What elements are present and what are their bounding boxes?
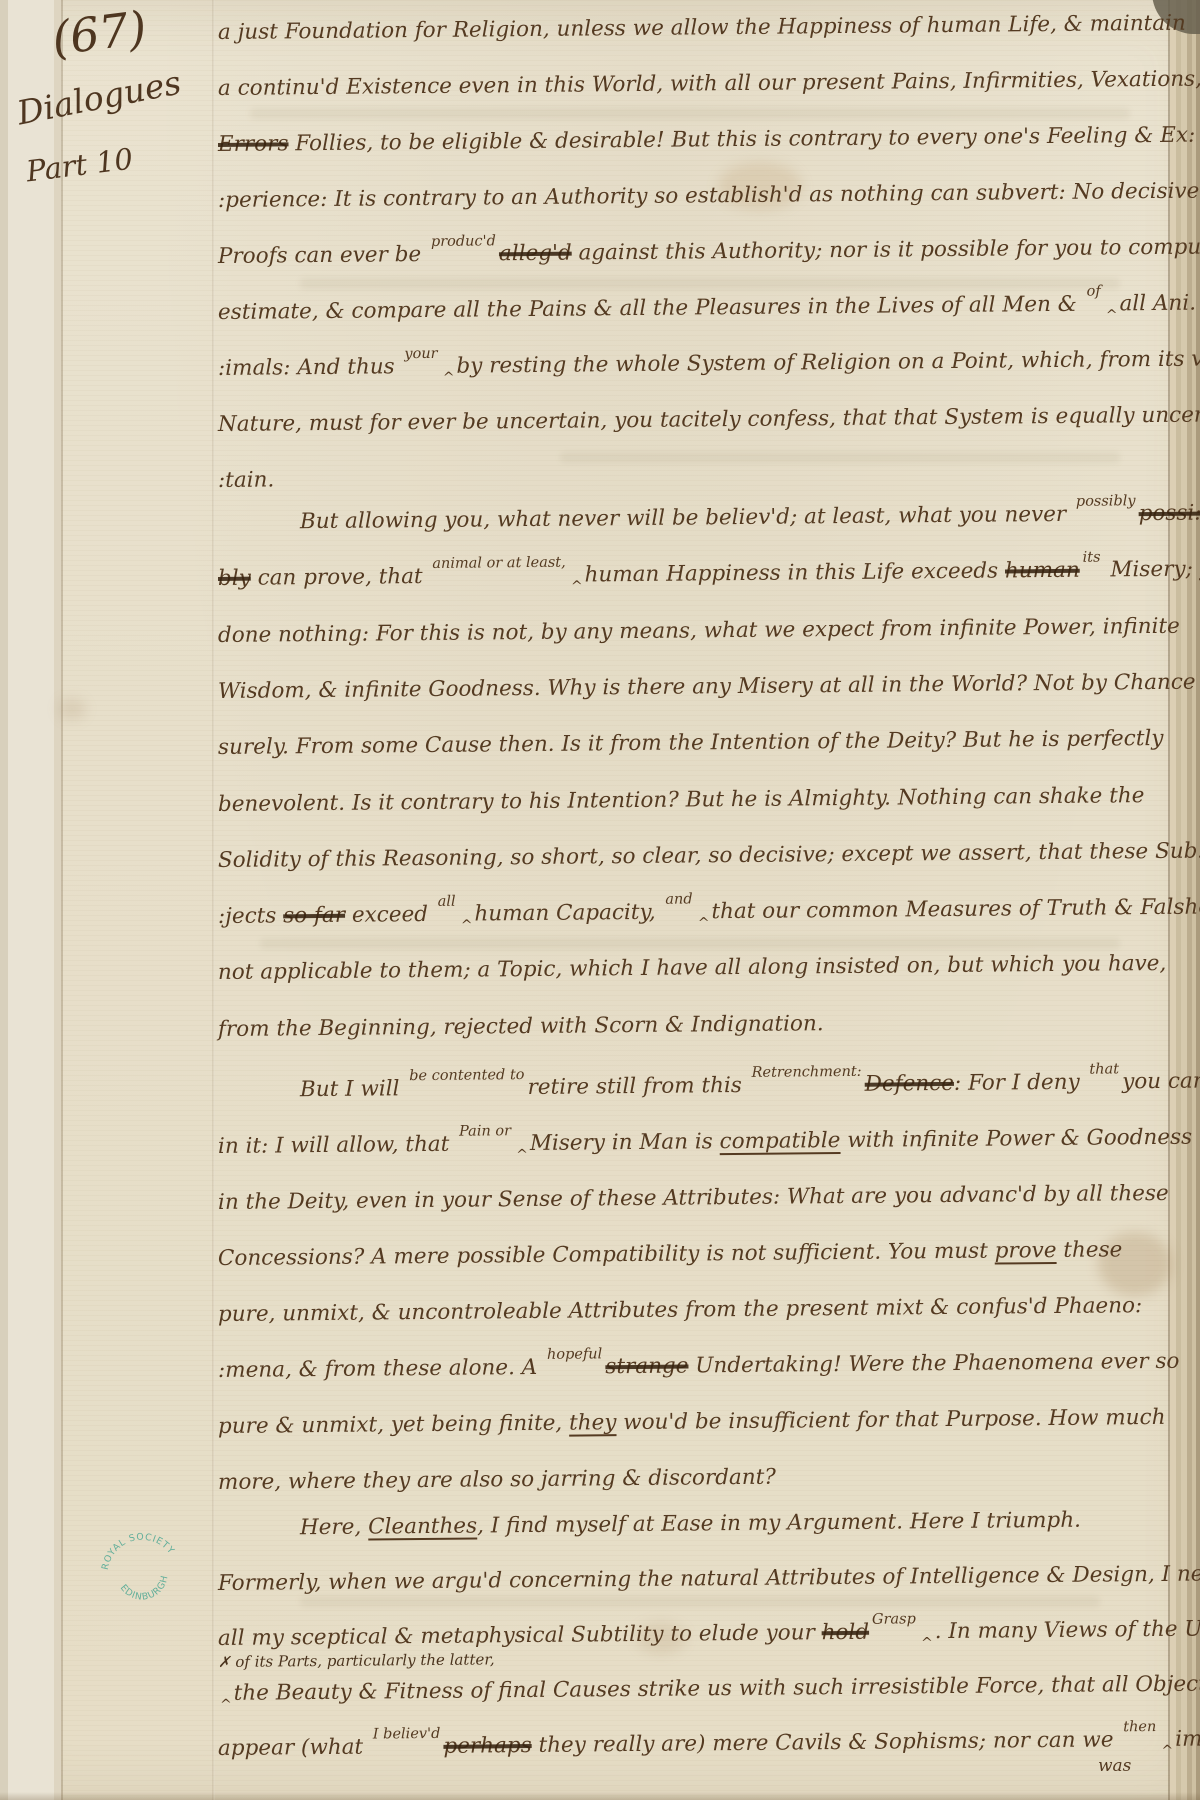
page-number: (67) [49,0,149,65]
inserted-text: then [1123,1719,1156,1735]
handwritten-text: , I find myself at Ease in my Argument. … [477,1508,1081,1539]
handwritten-text: retire still from this [527,1073,748,1100]
manuscript-line: :jects so far exceed all^human Capacity,… [218,894,1200,929]
caret-mark: ^ [516,1147,528,1163]
handwritten-text: human Capacity, [474,900,662,927]
struck-text: so far [283,903,345,929]
fold-crease [212,0,215,1800]
caret-mark: ^ [698,915,710,931]
handwritten-text: :perience: It is contrary to an Authorit… [218,179,1200,213]
handwritten-text: Concessions? A mere possible Compatibili… [218,1239,995,1271]
inserted-text: I believ'd [373,1726,441,1743]
manuscript-line: more, where they are also so jarring & d… [218,1465,776,1495]
handwritten-text: ✗ of its Parts, particularly the latter, [218,1650,495,1671]
inserted-text: be contented to [409,1067,524,1084]
inserted-text: all [438,894,456,910]
inserted-text: of [1086,284,1100,300]
handwritten-text: with infinite Power & Goodness [840,1125,1192,1153]
handwritten-text: by resting the whole System of Religion … [456,346,1200,379]
caret-mark: ^ [443,370,455,386]
handwritten-text: human Happiness in this Life exceeds [584,559,1005,588]
manuscript-line: surely. From some Cause then. Is it from… [218,726,1164,760]
handwritten-text: pure & unmixt, yet being finite, [218,1411,569,1439]
handwritten-text: you can ever force me [1122,1067,1200,1094]
handwritten-text: Misery in Man is [530,1129,720,1156]
manuscript-line: appear (what I believ'dperhaps they real… [218,1725,1200,1761]
handwritten-text: all my sceptical & metaphysical Subtilit… [218,1620,822,1651]
struck-text: possi: [1139,501,1200,527]
caret-mark: ^ [220,1697,232,1713]
handwritten-text: Follies, to be eligible & desirable! But… [288,123,1195,157]
handwritten-text: But I will [300,1076,407,1102]
manuscript-line: in the Deity, even in your Sense of thes… [218,1181,1169,1215]
manuscript-line: :mena, & from these alone. A hopefulstra… [218,1349,1180,1383]
struck-text: human [1005,558,1080,584]
handwritten-text: Undertaking! Were the Phaenomena ever so [688,1349,1179,1379]
inserted-text: and [665,892,692,908]
interline-insertion-line: ✗ of its Parts, particularly the latter, [218,1650,495,1671]
caret-mark: ^ [1106,307,1118,323]
manuscript-line: bly can prove, that animal or at least,^… [218,556,1200,592]
manuscript-line: a continu'd Existence even in this World… [218,66,1200,101]
handwritten-text: Wisdom, & infinite Goodness. Why is ther… [218,670,1196,704]
handwritten-text: :jects [218,903,283,929]
inserted-text: Retrenchment: [751,1064,861,1081]
inserted-text: hopeful [547,1346,602,1363]
caret-mark: ^ [921,1635,933,1651]
handwritten-text: done nothing: For this is not, by any me… [218,613,1180,647]
underlined-text: prove [995,1238,1057,1264]
struck-text: strange [605,1353,688,1379]
handwritten-text: pure, unmixt, & uncontroleable Attribute… [218,1293,1142,1327]
handwritten-text: imagin'd how it [1175,1725,1200,1752]
manuscript-line: :perience: It is contrary to an Authorit… [218,179,1200,213]
royal-society-stamp: ROYAL SOCIETY EDINBURGH [89,1521,196,1628]
handwritten-text: from the Beginning, rejected with Scorn … [218,1011,824,1042]
handwritten-text: a continu'd Existence even in this World… [218,66,1200,101]
handwritten-text: against this Authority; nor is it possib… [572,234,1200,265]
handwritten-text: exceed [345,902,435,928]
manuscript-line: But allowing you, what never will be bel… [218,501,1200,535]
manuscript-line: Concessions? A mere possible Compatibili… [218,1237,1123,1271]
stamp-bottom-text: EDINBURGH [117,1572,176,1609]
handwritten-text: appear (what [218,1735,370,1761]
manuscript-line: not applicable to them; a Topic, which I… [218,951,1167,985]
manuscript-page: (67) Dialogues Part 10 a just Foundation… [0,0,1200,1800]
struck-text: Defence [865,1071,955,1097]
handwritten-text: surely. From some Cause then. Is it from… [218,726,1164,760]
manuscript-line: Proofs can ever be produc'dalleg'd again… [218,234,1200,269]
underlined-text: compatible [719,1128,840,1154]
manuscript-line: estimate, & compare all the Pains & all … [218,291,1196,325]
handwritten-text: that our common Measures of Truth & Fals… [711,894,1200,924]
caret-mark: ^ [571,579,583,595]
handwritten-text: wou'd be insufficient for that Purpose. … [616,1405,1165,1435]
manuscript-line: in it: I will allow, that Pain or^Misery… [218,1125,1192,1159]
handwritten-text: Misery; you have yet [1104,556,1200,583]
manuscript-line: :tain. [218,467,275,493]
manuscript-line: Solidity of this Reasoning, so short, so… [218,838,1200,872]
handwritten-text: Proofs can ever be [218,242,428,269]
handwritten-text: estimate, & compare all the Pains & all … [218,292,1084,325]
manuscript-line: Errors Follies, to be eligible & desirab… [218,123,1196,157]
handwritten-text: in it: I will allow, that [218,1132,456,1159]
manuscript-line: Here, Cleanthes, I find myself at Ease i… [218,1508,1081,1541]
struck-text: bly [218,566,251,591]
inserted-text: its [1083,550,1101,566]
struck-text: Errors [218,131,289,157]
inserted-text: animal or at least, [432,555,566,572]
manuscript-line: Nature, must for ever be uncertain, you … [218,402,1200,437]
manuscript-line: Wisdom, & infinite Goodness. Why is ther… [218,670,1196,704]
caret-mark: ^ [1161,1743,1173,1759]
inserted-text: possibly [1076,493,1136,510]
caret-mark: ^ [461,918,473,934]
handwritten-text: Nature, must for ever be uncertain, you … [218,402,1200,437]
handwritten-text: :imals: And thus [218,354,402,381]
handwritten-text: a just Foundation for Religion, unless w… [218,11,1186,45]
inserted-text: Pain or [459,1123,511,1139]
handwritten-text: all Ani. [1119,291,1196,317]
manuscript-text: a just Foundation for Religion, unless w… [218,0,1168,1800]
inserted-text: Grasp [872,1611,916,1627]
underlined-text: Cleanthes [368,1514,477,1540]
stamp-top-text: ROYAL SOCIETY [93,1523,177,1573]
page-left-binding-edge [0,0,64,1800]
paper-stain [58,698,86,720]
manuscript-line: all my sceptical & metaphysical Subtilit… [218,1616,1200,1651]
manuscript-line: But I will be contented toretire still f… [218,1067,1200,1103]
handwritten-text: : For I deny [954,1070,1087,1096]
manuscript-line: a just Foundation for Religion, unless w… [218,11,1186,45]
handwritten-text: these [1056,1237,1122,1263]
underlined-text: they [569,1410,617,1435]
handwritten-text: Here, [300,1515,368,1541]
inserted-text: produc'd [431,233,496,250]
manuscript-line: Formerly, when we argu'd concerning the … [218,1561,1200,1596]
inserted-text: that [1089,1061,1119,1077]
handwritten-text: more, where they are also so jarring & d… [218,1465,776,1495]
handwritten-text: :mena, & from these alone. A [218,1355,544,1383]
manuscript-line: pure, unmixt, & uncontroleable Attribute… [218,1293,1142,1327]
handwritten-text: benevolent. Is it contrary to his Intent… [218,783,1145,817]
manuscript-line: done nothing: For this is not, by any me… [218,613,1180,647]
handwritten-text: Solidity of this Reasoning, so short, so… [218,838,1200,872]
manuscript-line: from the Beginning, rejected with Scorn … [218,1011,824,1042]
manuscript-line: :imals: And thus your^by resting the who… [218,346,1200,381]
struck-text: alleg'd [499,241,572,267]
manuscript-line: ^the Beauty & Fitness of final Causes st… [218,1671,1200,1706]
handwritten-text: But allowing you, what never will be bel… [300,502,1073,534]
struck-text: hold [822,1620,870,1645]
handwritten-text: in the Deity, even in your Sense of thes… [218,1181,1169,1215]
inserted-text: your [404,346,437,362]
handwritten-text: Formerly, when we argu'd concerning the … [218,1561,1200,1596]
manuscript-line: benevolent. Is it contrary to his Intent… [218,783,1145,817]
handwritten-text: the Beauty & Fitness of final Causes str… [234,1671,1200,1706]
handwritten-text: can prove, that [251,564,430,591]
handwritten-text: they really are) mere Cavils & Sophisms;… [532,1727,1121,1758]
manuscript-line: pure & unmixt, yet being finite, they wo… [218,1405,1166,1439]
catchword: was [1098,1756,1131,1776]
handwritten-text: . In many Views of the Universe, [935,1616,1200,1644]
struck-text: perhaps [443,1733,531,1759]
handwritten-text: not applicable to them; a Topic, which I… [218,951,1167,985]
handwritten-text: :tain. [218,467,275,493]
